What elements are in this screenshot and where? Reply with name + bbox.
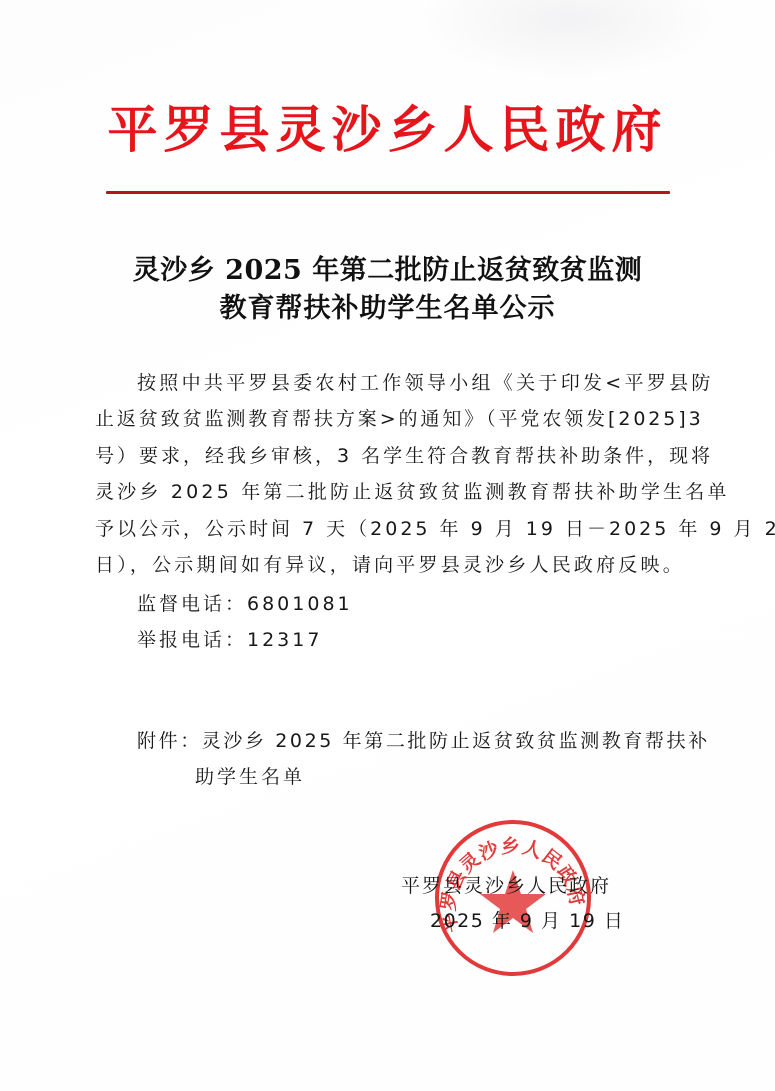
signature-issuer: 平罗县灵沙乡人民政府 — [401, 872, 611, 900]
document-title-line-2: 教育帮扶补助学生名单公示 — [0, 289, 775, 329]
document-page: 平罗县灵沙乡人民政府 灵沙乡 2025 年第二批防止返贫致贫监测 教育帮扶补助学… — [0, 0, 775, 1091]
body-line-3: 号）要求，经我乡审核，3 名学生符合教育帮扶补助条件，现将 — [95, 442, 713, 470]
signature-date: 2025 年 9 月 19 日 — [430, 907, 624, 935]
letterhead-red-rule — [106, 191, 670, 194]
document-title-line-1: 灵沙乡 2025 年第二批防止返贫致贫监测 — [0, 251, 775, 291]
body-line-4: 灵沙乡 2025 年第二批防止返贫致贫监测教育帮扶补助学生名单 — [95, 478, 730, 506]
body-line-1: 按照中共平罗县委农村工作领导小组《关于印发<平罗县防 — [137, 369, 714, 397]
supervision-phone: 监督电话：6801081 — [137, 590, 353, 618]
attachment-line-1: 附件：灵沙乡 2025 年第二批防止返贫致贫监测教育帮扶补 — [137, 727, 710, 755]
letterhead-title: 平罗县灵沙乡人民政府 — [0, 95, 775, 165]
body-line-6: 日），公示期间如有异议，请向平罗县灵沙乡人民政府反映。 — [95, 551, 685, 579]
body-line-5: 予以公示，公示时间 7 天（2025 年 9 月 19 日－2025 年 9 月… — [95, 515, 775, 543]
report-phone: 举报电话：12317 — [137, 626, 322, 654]
attachment-line-2: 助学生名单 — [195, 763, 305, 791]
body-line-2: 止返贫致贫监测教育帮扶方案>的通知》（平党农领发[2025]3 — [95, 405, 704, 433]
